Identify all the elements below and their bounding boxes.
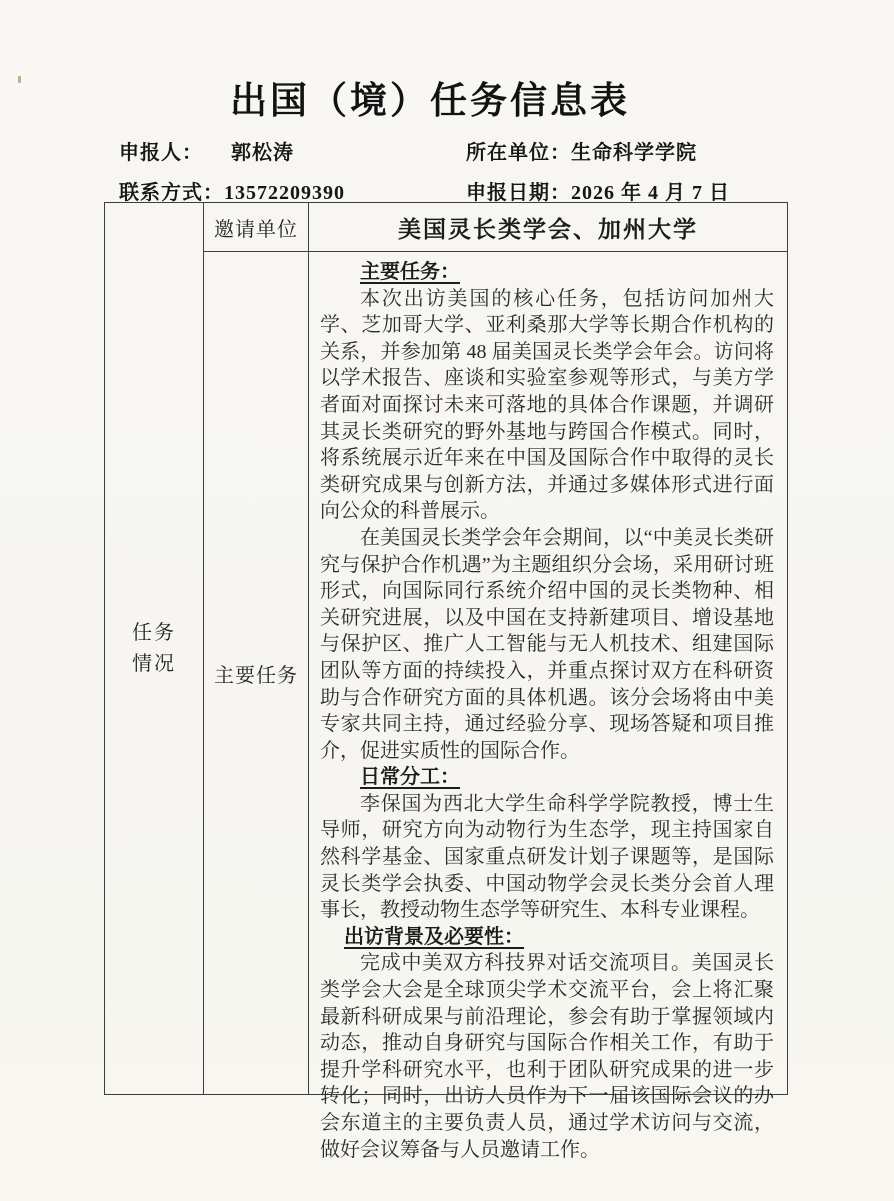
- invite-unit-label-cell: 邀请单位: [204, 203, 309, 252]
- section-heading: 日常分工：: [320, 764, 774, 791]
- paragraph: 在美国灵长类学会年会期间，以“中美灵长类研究与保护合作机遇”为主题组织分会场，采…: [320, 525, 774, 764]
- main-task-label-cell: 主要任务: [204, 252, 309, 1094]
- task-group-label-line1: 任务: [132, 618, 176, 649]
- applicant-label: 申报人：: [119, 142, 203, 164]
- section-background-necessity: 出访背景及必要性： 完成中美双方科技界对话交流项目。美国灵长类学会大会是全球顶尖…: [320, 924, 774, 1163]
- section-daily-division: 日常分工： 李保国为西北大学生命科学学院教授，博士生导师，研究方向为动物行为生态…: [320, 764, 774, 924]
- task-info-table: 任务 情况 邀请单位 美国灵长类学会、加州大学 主要任务 主要任务： 本次出访美…: [104, 202, 788, 1095]
- date-field: 申报日期：2026 年 4 月 7 日: [466, 176, 730, 205]
- page-title: 出国（境）任务信息表: [0, 70, 860, 124]
- unit-value: 生命科学学院: [571, 142, 697, 164]
- section-heading: 出访背景及必要性：: [320, 924, 774, 951]
- unit-field: 所在单位：生命科学学院: [466, 136, 697, 165]
- paragraph: 完成中美双方科技界对话交流项目。美国灵长类学会大会是全球顶尖学术交流平台，会上将…: [320, 950, 774, 1163]
- applicant-field: 申报人：郭松涛: [119, 136, 294, 165]
- main-task-label: 主要任务: [214, 659, 298, 688]
- paragraph: 李保国为西北大学生命科学学院教授，博士生导师，研究方向为动物行为生态学，现主持国…: [320, 791, 774, 924]
- task-group-label-cell: 任务 情况: [105, 203, 204, 1094]
- invite-unit-label: 邀请单位: [214, 213, 298, 242]
- date-value: 2026 年 4 月 7 日: [571, 182, 730, 204]
- invite-unit-value-cell: 美国灵长类学会、加州大学: [309, 203, 787, 252]
- date-label: 申报日期：: [466, 182, 571, 204]
- contact-value: 13572209390: [224, 182, 345, 204]
- applicant-value: 郭松涛: [231, 142, 294, 164]
- main-task-content-cell: 主要任务： 本次出访美国的核心任务，包括访问加州大学、芝加哥大学、亚利桑那大学等…: [309, 252, 787, 1094]
- paragraph: 本次出访美国的核心任务，包括访问加州大学、芝加哥大学、亚利桑那大学等长期合作机构…: [320, 286, 774, 525]
- section-main-tasks: 主要任务： 本次出访美国的核心任务，包括访问加州大学、芝加哥大学、亚利桑那大学等…: [320, 259, 774, 764]
- unit-label: 所在单位：: [466, 142, 571, 164]
- contact-label: 联系方式：: [119, 182, 224, 204]
- section-heading: 主要任务：: [320, 259, 774, 286]
- invite-unit-value: 美国灵长类学会、加州大学: [398, 211, 698, 244]
- task-group-label-line2: 情况: [132, 649, 176, 680]
- contact-field: 联系方式：13572209390: [119, 176, 345, 205]
